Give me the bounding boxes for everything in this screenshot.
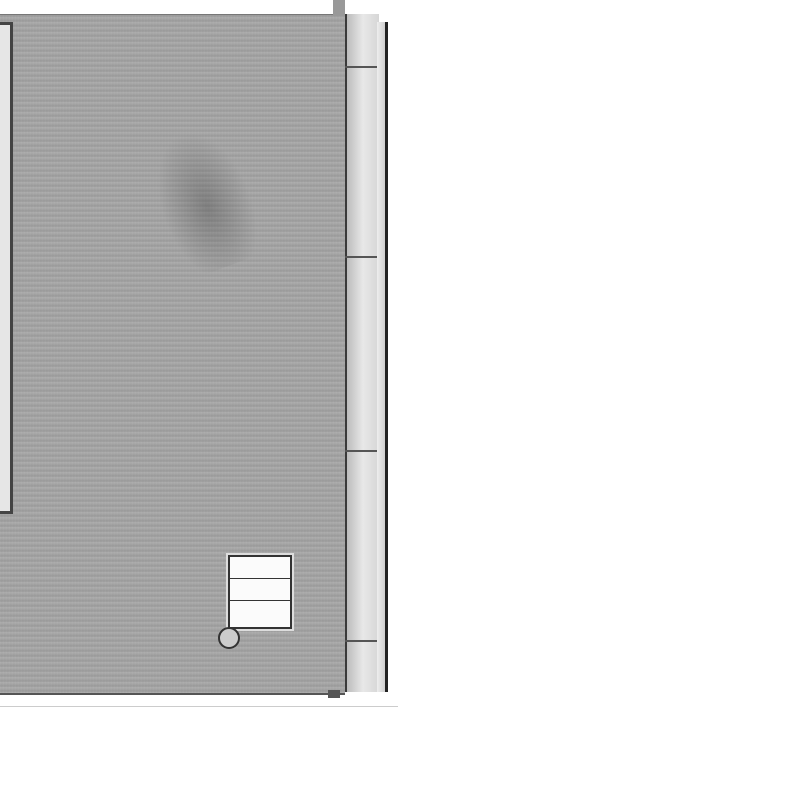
library-label bbox=[228, 555, 292, 629]
book-cover bbox=[0, 14, 345, 695]
top-tab bbox=[333, 0, 345, 16]
bottom-tab bbox=[328, 690, 340, 698]
circle-stamp bbox=[218, 627, 240, 649]
spine-stitch bbox=[345, 256, 377, 258]
spine-stitch bbox=[345, 66, 377, 68]
vertical-ruler bbox=[398, 168, 432, 708]
label-row-3 bbox=[230, 601, 290, 623]
spine-stitch bbox=[345, 450, 377, 452]
label-row-1 bbox=[230, 557, 290, 579]
spine-stitch bbox=[345, 640, 377, 642]
label-row-2 bbox=[230, 579, 290, 601]
book-spine bbox=[345, 14, 379, 692]
horizontal-ruler bbox=[0, 706, 428, 745]
title-slip bbox=[0, 22, 13, 514]
spine-edge bbox=[377, 22, 388, 692]
